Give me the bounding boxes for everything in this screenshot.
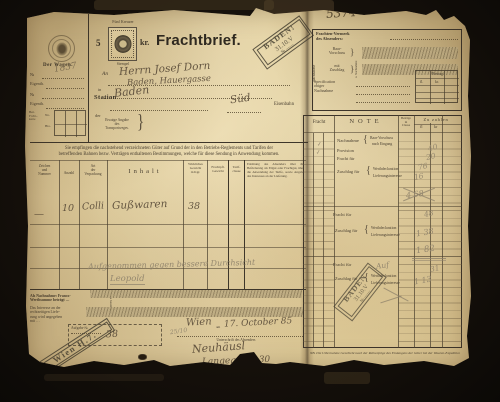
grid-line xyxy=(303,206,462,207)
signature-date: 17. October 85 xyxy=(224,317,293,330)
note-header-classe: Beträge in Classe xyxy=(398,117,414,128)
rule-line xyxy=(46,108,84,109)
note-header-zuzahlen: Zu zahlen xyxy=(414,117,458,122)
pencil-underline xyxy=(412,258,446,259)
row-weight-value: 38 xyxy=(188,202,200,212)
note-header-fracht: Fracht xyxy=(305,120,333,126)
brace-glyph: } xyxy=(350,47,354,57)
paper-remnant xyxy=(44,374,164,381)
pencil-amount: 16 xyxy=(413,172,424,181)
ruled-area xyxy=(398,134,462,348)
station-value: Baden xyxy=(114,84,150,99)
photo-backdrop: Der Wagen. № 1837 Eigenth. № Eigenth. Be… xyxy=(0,0,500,402)
rule-line xyxy=(227,112,261,113)
col-header-weight: Wirkliches Gewicht in Kgr. xyxy=(184,163,207,174)
pencil-note-name: Leopold xyxy=(110,275,145,285)
grid-line xyxy=(303,132,462,133)
brace-glyph: { xyxy=(363,134,368,145)
rule-line xyxy=(177,336,303,337)
transport-route-label: Etwaige Angabe des Transportweges. xyxy=(98,118,136,130)
col-header-count: Anzahl xyxy=(60,171,78,175)
col-header-content: Inhalt xyxy=(107,168,183,175)
row-packing-value: Colli xyxy=(82,201,105,212)
rule-line xyxy=(356,102,410,103)
betrag-header: Betrag xyxy=(416,72,459,77)
betrag-mini-table: Betrag fl. kr. xyxy=(415,70,458,103)
eagle-seal-stamp xyxy=(48,35,75,62)
pencil-amount: 20 xyxy=(425,152,436,161)
mini-grid-row1: No. xyxy=(45,114,50,118)
row-content-value: Gußwaren xyxy=(112,199,168,211)
brace-glyph: { xyxy=(364,224,369,235)
grid-line xyxy=(59,160,60,290)
wagen-eig1-label: Eigenth. xyxy=(30,82,44,87)
col-header-weight2: Frachtpfl. Gewicht xyxy=(208,166,228,174)
col-header-class: Tarif- classe xyxy=(229,166,244,174)
col-header-declaration: Erklärung des Absenders über die Beförde… xyxy=(247,162,304,179)
grid-line xyxy=(228,160,229,290)
railway-label: Eisenbahn xyxy=(274,102,294,107)
baar-vorschuss-label: Baar- Vorschuss xyxy=(323,47,351,56)
note-row2-label: Provision xyxy=(337,149,354,154)
stamp-denom-left: 5 xyxy=(96,38,101,48)
note-row1-option1: Baar-Vorschuss xyxy=(370,136,393,140)
pencil-amount: 31 xyxy=(429,264,440,273)
grid-line xyxy=(207,160,208,290)
grid-line xyxy=(30,224,306,225)
revenue-stamp xyxy=(108,27,137,61)
in-label: in xyxy=(98,88,101,92)
grid-line xyxy=(30,160,306,161)
frachtbrief-document: Der Wagen. № 1837 Eigenth. № Eigenth. Be… xyxy=(24,6,474,372)
mini-grid-row2: Bto. xyxy=(45,125,51,129)
nachnahme2-vertical-label: o. Nachnahme xyxy=(355,48,358,78)
document-title: Frachtbrief. xyxy=(156,32,241,49)
pencil-date-fraction: 25/10 xyxy=(170,328,188,336)
paper-remnant xyxy=(324,372,370,384)
brace-glyph: } xyxy=(137,112,144,134)
nachnahme-vertical-label: Nachnahme xyxy=(312,46,316,82)
rule-line xyxy=(356,94,410,95)
rule-line xyxy=(42,78,84,79)
note-row5-label: Fracht für xyxy=(333,212,351,217)
pencil-underline xyxy=(412,260,446,261)
pencil-note: Aufgenommen gegen bessere Durchsicht xyxy=(88,259,255,271)
pencil-check: ✓ xyxy=(317,142,323,149)
divider-line xyxy=(30,142,308,143)
row-count-value: 10 xyxy=(62,204,74,214)
note-row4-label: Zuschlag für xyxy=(337,170,359,175)
signature-name: Neuhäusl xyxy=(192,340,246,355)
rule-line xyxy=(110,110,208,111)
wagen-no1-value: 1837 xyxy=(53,62,77,75)
brace-glyph: { xyxy=(366,165,371,176)
specification-label: Specification obiger Nachnahme xyxy=(314,80,356,93)
mit-zuschlag-label: mit Zuschlag xyxy=(323,64,351,73)
note-row6-option1: Werthdeclaration xyxy=(371,226,396,230)
pencil-word: Auf xyxy=(376,261,390,270)
pencil-amount: 76 xyxy=(417,162,428,171)
hatched-fill-bar xyxy=(362,47,458,59)
grid-line xyxy=(244,160,245,290)
note-header-fl: fl xyxy=(420,125,422,129)
baden-stamp-line1: BADEN! xyxy=(254,17,304,57)
sender-remark-title: Frachten-Vermerk des Absenders: xyxy=(316,32,390,41)
wagen-eig2-label: Eigenth. xyxy=(30,102,44,107)
station-label: Station xyxy=(94,94,117,101)
row-mark-value: — xyxy=(34,210,44,220)
note-row4-option1: Werthdeclaration xyxy=(373,167,398,171)
rule-line xyxy=(46,88,84,89)
grid-line xyxy=(303,256,462,257)
note-row1-option2: nach Eingang xyxy=(372,142,392,146)
pencil-amount: 48 xyxy=(423,209,434,218)
an-label: An xyxy=(102,71,108,77)
stamp-denom-right: kr. xyxy=(140,39,149,48)
note-row6-option2: Lieferungsinteresse xyxy=(371,233,400,237)
note-footnote: NB. Die Uibernahme Geschieht nach der Re… xyxy=(310,352,460,356)
grid-line xyxy=(183,160,184,290)
paper-remnant xyxy=(94,0,274,10)
rule-line xyxy=(42,98,84,99)
note-row4-option2: Lieferungsinteresse xyxy=(373,174,402,178)
signature-street: Langegasse 30 xyxy=(202,356,271,367)
col-header-packing: Art der Verpackung xyxy=(80,164,106,176)
wagen-no1-label: № xyxy=(30,72,34,77)
hatched-fill-bar xyxy=(86,307,304,317)
rule-line xyxy=(390,39,458,40)
note-header-kr: kr xyxy=(434,125,437,129)
wagen-no2-label: № xyxy=(30,92,34,97)
signature-place: Wien xyxy=(186,317,212,328)
pencil-check: ✓ xyxy=(315,150,321,157)
note-row1-label: Nachnahme xyxy=(337,138,359,143)
stamp-denom-top: Fünf Kreuzer xyxy=(98,20,148,24)
col-header-mark: Zeichen und Nummer xyxy=(31,164,58,176)
mini-grid-label: Bez. Frcht.- karte xyxy=(29,111,44,122)
betrag-kr-header: kr. xyxy=(435,80,439,84)
rule-line xyxy=(356,86,410,87)
note-row7-label: Fracht für xyxy=(333,262,351,267)
note-row3-label: Fracht für xyxy=(337,157,354,162)
betrag-fl-header: fl. xyxy=(420,80,423,84)
grid-line xyxy=(79,160,80,290)
railway-name-value: Süd xyxy=(229,93,251,106)
am-label: am xyxy=(216,326,220,330)
grid-line xyxy=(30,247,306,248)
intro-paragraph: Sie empfingen die nachstehend verzeichne… xyxy=(32,146,306,158)
ruled-area xyxy=(303,134,334,348)
divider-line xyxy=(88,14,89,142)
ink-blot xyxy=(138,354,147,360)
weight-entry-label: Aufgabs-№ xyxy=(71,326,88,330)
note-header-note: NOTE xyxy=(336,118,396,125)
mini-grid xyxy=(54,110,86,136)
note-row6-label: Zuschlag für xyxy=(335,229,357,234)
hatched-fill-bar xyxy=(90,290,302,298)
